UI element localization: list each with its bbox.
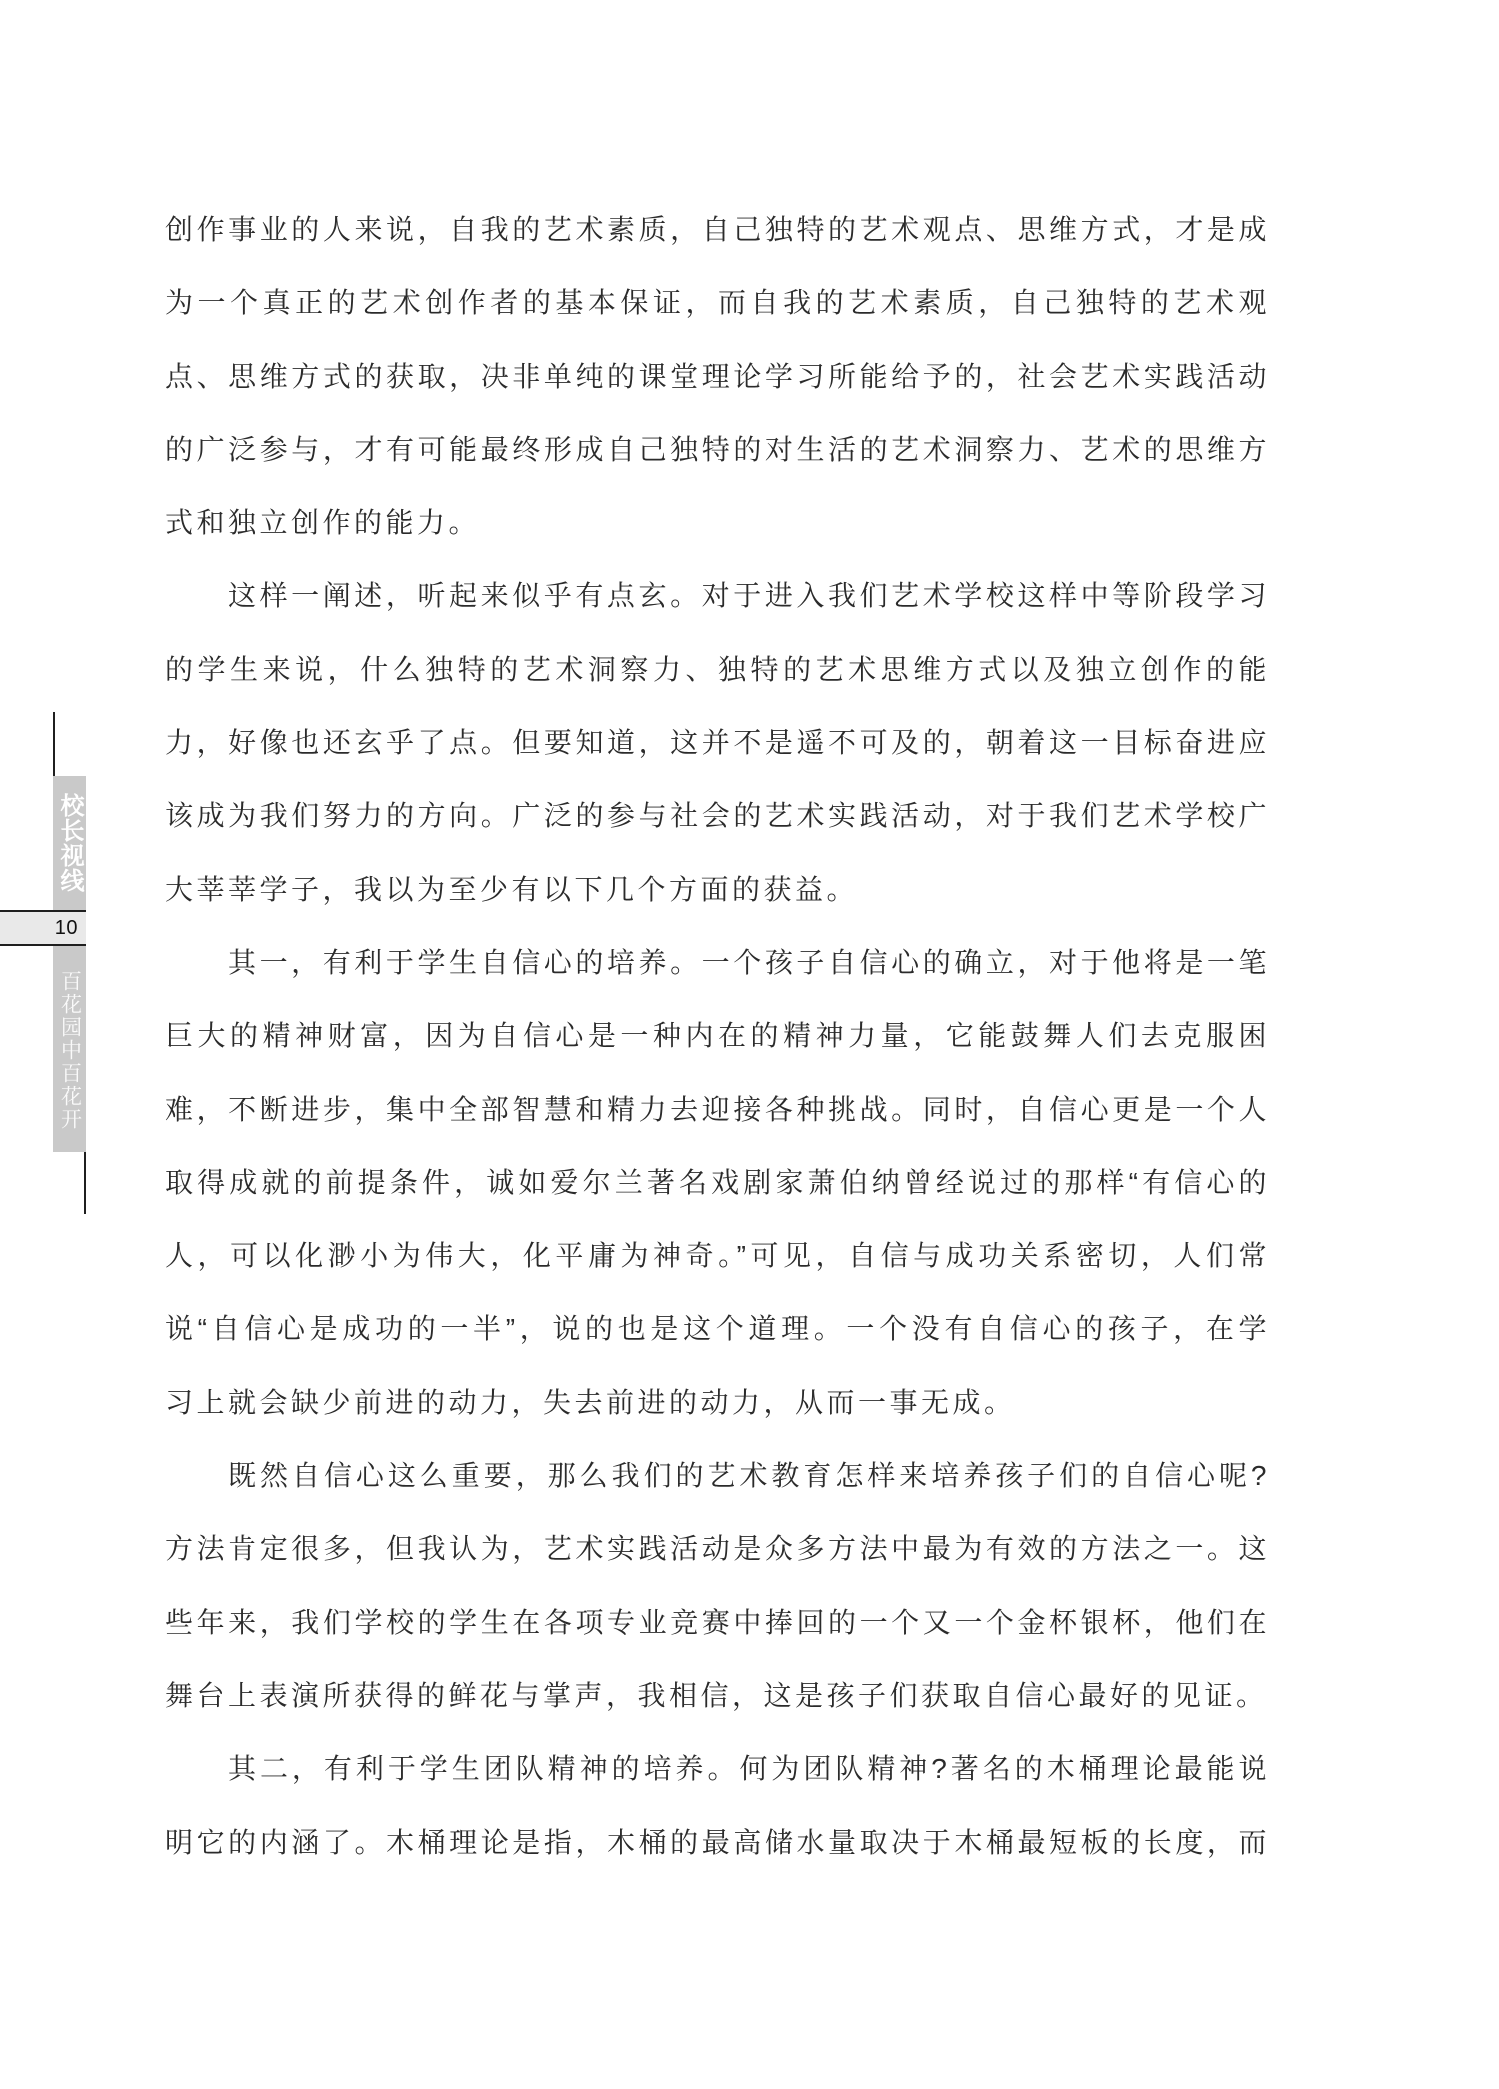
text-line: 的广泛参与，才有可能最终形成自己独特的对生活的艺术洞察力、艺术的思维方 (165, 413, 1270, 486)
text-line: 力，好像也还玄乎了点。但要知道，这并不是遥不可及的，朝着这一目标奋进应 (165, 706, 1270, 779)
body-text: 创作事业的人来说，自我的艺术素质，自己独特的艺术观点、思维方式，才是成为一个真正… (165, 193, 1270, 1879)
sidebar-rule-top (53, 712, 55, 776)
text-line: 创作事业的人来说，自我的艺术素质，自己独特的艺术观点、思维方式，才是成 (165, 193, 1270, 266)
text-line: 这样一阐述，听起来似乎有点玄。对于进入我们艺术学校这样中等阶段学习 (165, 559, 1270, 632)
text-line: 的学生来说，什么独特的艺术洞察力、独特的艺术思维方式以及独立创作的能 (165, 633, 1270, 706)
text-line: 其一，有利于学生自信心的培养。一个孩子自信心的确立，对于他将是一笔 (165, 926, 1270, 999)
text-line: 取得成就的前提条件，诚如爱尔兰著名戏剧家萧伯纳曾经说过的那样“有信心的 (165, 1146, 1270, 1219)
text-line: 舞台上表演所获得的鲜花与掌声，我相信，这是孩子们获取自信心最好的见证。 (165, 1659, 1270, 1732)
text-line: 巨大的精神财富，因为自信心是一种内在的精神力量，它能鼓舞人们去克服困 (165, 999, 1270, 1072)
text-line: 明它的内涵了。木桶理论是指，木桶的最高储水量取决于木桶最短板的长度，而 (165, 1806, 1270, 1879)
text-line: 该成为我们努力的方向。广泛的参与社会的艺术实践活动，对于我们艺术学校广 (165, 779, 1270, 852)
page-number-band: 10 (0, 910, 86, 946)
sidebar-rule-bottom (84, 1152, 86, 1214)
page-number: 10 (55, 917, 78, 940)
sidebar-tab: 校长视线 百花园中百花开 (53, 776, 86, 1152)
text-line: 点、思维方式的获取，决非单纯的课堂理论学习所能给予的，社会艺术实践活动 (165, 340, 1270, 413)
text-line: 人，可以化渺小为伟大，化平庸为神奇。”可见，自信与成功关系密切，人们常 (165, 1219, 1270, 1292)
text-line: 式和独立创作的能力。 (165, 486, 1270, 559)
text-line: 其二，有利于学生团队精神的培养。何为团队精神?著名的木桶理论最能说 (165, 1732, 1270, 1805)
text-line: 大莘莘学子，我以为至少有以下几个方面的获益。 (165, 853, 1270, 926)
text-line: 说“自信心是成功的一半”，说的也是这个道理。一个没有自信心的孩子，在学 (165, 1292, 1270, 1365)
text-line: 既然自信心这么重要，那么我们的艺术教育怎样来培养孩子们的自信心呢? (165, 1439, 1270, 1512)
text-line: 方法肯定很多，但我认为，艺术实践活动是众多方法中最为有效的方法之一。这 (165, 1512, 1270, 1585)
text-line: 难，不断进步，集中全部智慧和精力去迎接各种挑战。同时，自信心更是一个人 (165, 1073, 1270, 1146)
book-title-vertical: 百花园中百花开 (55, 970, 85, 1131)
text-line: 些年来，我们学校的学生在各项专业竞赛中捧回的一个又一个金杯银杯，他们在 (165, 1586, 1270, 1659)
text-line: 习上就会缺少前进的动力，失去前进的动力，从而一事无成。 (165, 1366, 1270, 1439)
text-line: 为一个真正的艺术创作者的基本保证，而自我的艺术素质，自己独特的艺术观 (165, 266, 1270, 339)
section-title-vertical: 校长视线 (52, 793, 87, 893)
book-page: 校长视线 百花园中百花开 10 创作事业的人来说，自我的艺术素质，自己独特的艺术… (0, 0, 1499, 2089)
